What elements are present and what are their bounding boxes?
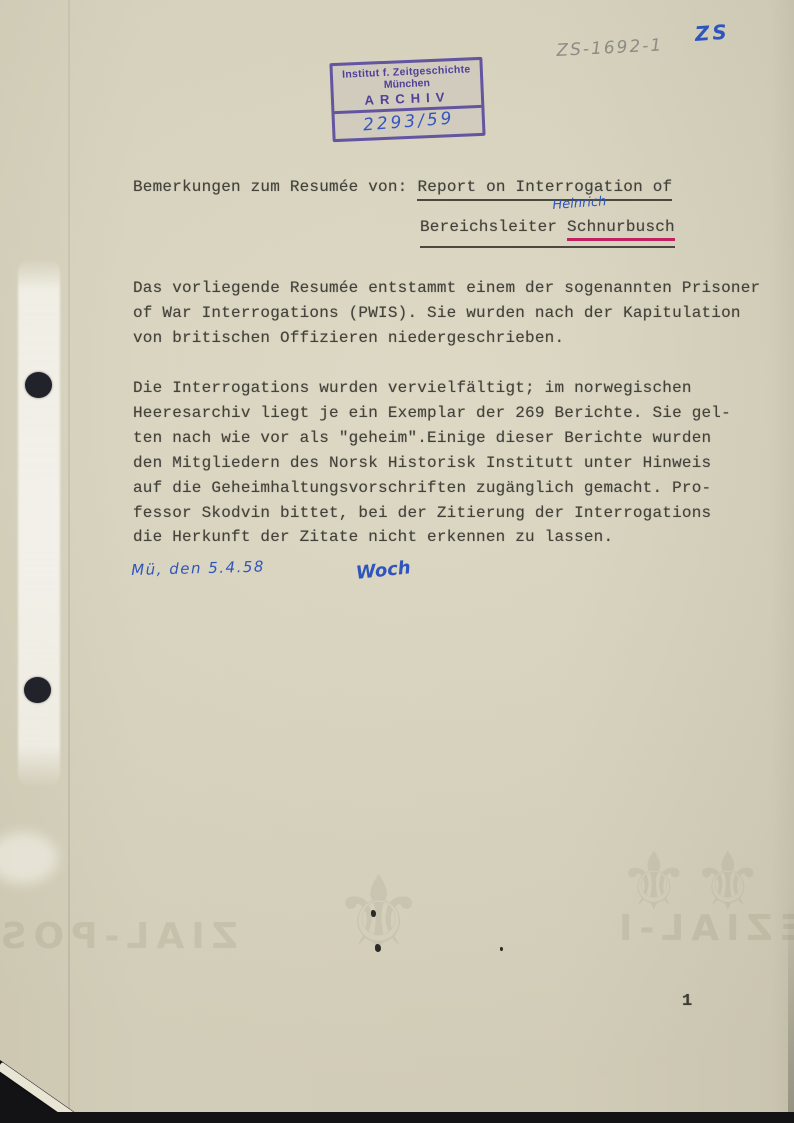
text-line: von britischen Offizieren niedergeschrie… <box>133 326 760 351</box>
page-number: 1 <box>682 992 692 1011</box>
fleur-de-lis-watermark: ⚜ <box>618 842 690 922</box>
heading-title-underlined: Report on Interrogation of <box>417 178 672 201</box>
text-line: die Herkunft der Zitate nicht erkennen z… <box>133 525 731 550</box>
text-line: Das vorliegende Resumée entstammt einem … <box>133 276 760 301</box>
paper-smudge <box>0 832 58 884</box>
text-line: Heeresarchiv liegt je ein Exemplar der 2… <box>133 401 731 426</box>
scan-edge-bottom <box>0 1112 794 1123</box>
paragraph-2: Die Interrogations wurden vervielfältigt… <box>133 376 731 550</box>
fleur-de-lis-watermark: ⚜ <box>692 842 764 922</box>
ink-speck <box>500 947 503 951</box>
heading-name-red-underlined: Schnurbusch <box>567 218 675 241</box>
scan-edge-right <box>788 900 794 1123</box>
heading-line-2: Bereichsleiter Schnurbusch <box>420 215 675 248</box>
archive-stamp: Institut f. Zeitgeschichte München ARCHI… <box>329 57 485 142</box>
stamp-number-box: 2293/59 <box>334 105 482 139</box>
handwritten-first-name: Heinrich <box>552 194 607 213</box>
punch-hole <box>24 677 51 703</box>
handwritten-date: Mü, den 5.4.58 <box>131 557 265 578</box>
heading-role-and-name: Bereichsleiter Schnurbusch <box>420 215 675 248</box>
text-line: den Mitgliedern des Norsk Historisk Inst… <box>133 451 731 476</box>
tape-reinforced-edge <box>18 258 60 788</box>
scanned-document-page: ZIAL-POST SPEZIAL-I ⚜ ⚜ ⚜ Institut f. Ze… <box>0 0 794 1123</box>
ink-speck <box>371 910 376 917</box>
ink-speck <box>375 944 381 952</box>
handwritten-signature: Woch <box>355 557 412 584</box>
text-line: fessor Skodvin bittet, bei der Zitierung… <box>133 501 731 526</box>
zs-pencil-signature: ZS-1692-1 <box>556 35 664 61</box>
text-line: Die Interrogations wurden vervielfältigt… <box>133 376 731 401</box>
heading-role: Bereichsleiter <box>420 218 567 236</box>
fold-crease <box>68 0 70 1123</box>
heading-prefix: Bemerkungen zum Resumée von: <box>133 178 407 196</box>
text-line: ten nach wie vor als "geheim".Einige die… <box>133 426 731 451</box>
bleedthrough-text-left: ZIAL-POST <box>0 916 238 957</box>
punch-hole <box>25 372 52 398</box>
text-line: of War Interrogations (PWIS). Sie wurden… <box>133 301 760 326</box>
text-line: auf die Geheimhaltungsvorschriften zugän… <box>133 476 731 501</box>
stamp-archive-number: 2293/59 <box>362 108 455 135</box>
zs-ink-annotation: ZS <box>694 20 730 46</box>
paragraph-1: Das vorliegende Resumée entstammt einem … <box>133 276 760 351</box>
